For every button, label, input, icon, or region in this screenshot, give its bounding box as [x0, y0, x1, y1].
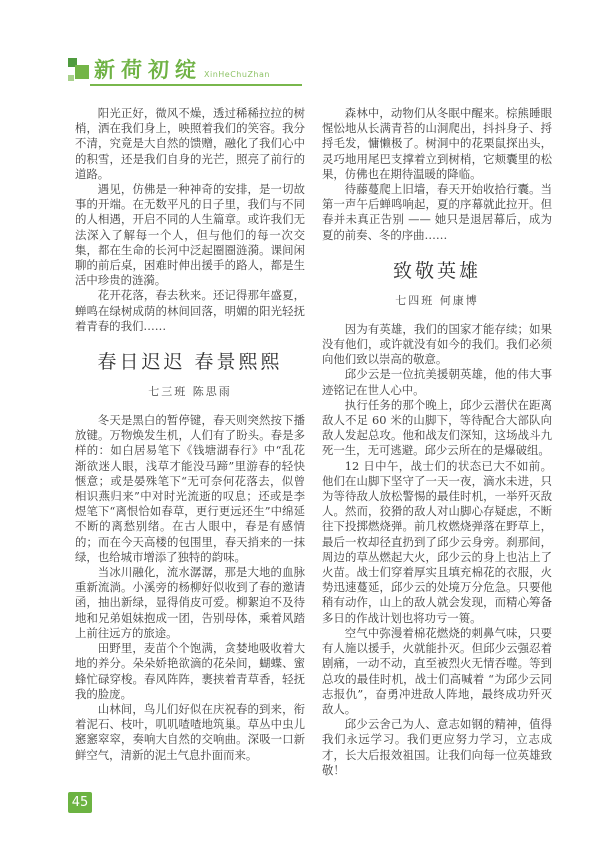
paragraph: 山林间，鸟儿们好似在庆祝春的到来，衔着泥石、枝叶，叽叽喳喳地筑巢。草丛中虫儿窸窸… — [75, 702, 305, 763]
column-right: 森林中，动物们从冬眠中醒来。棕熊睡眼惺忪地从长满青苔的山洞爬出，抖抖身子、捋捋毛… — [322, 106, 552, 778]
paragraph: 冬天是黑白的暂停键，春天则突然按下播放键。万物焕发生机，人们有了盼头。春是多样的… — [75, 413, 305, 565]
paragraph: 空气中弥漫着棉花燃烧的刺鼻气味，只要有人施以援手，火就能扑灭。但邱少云强忍着剧痛… — [322, 626, 552, 717]
paragraph: 花开花落，春去秋来。还记得那年盛夏，蝉鸣在绿树成荫的林间回落，明媚的阳光轻抚着青… — [75, 288, 305, 334]
paragraph: 森林中，动物们从冬眠中醒来。棕熊睡眼惺忪地从长满青苔的山洞爬出，抖抖身子、捋捋毛… — [322, 106, 552, 182]
content-columns: 阳光正好，微风不燥，透过稀稀拉拉的树梢，洒在我们身上，映照着我们的笑容。我分不清… — [75, 106, 552, 778]
brand-logo-icon — [68, 56, 90, 82]
article-title-hero: 致敬英雄 — [322, 258, 552, 284]
logo-square-main — [75, 65, 89, 79]
brand-lockup: 新荷初绽XinHeChuZhan — [94, 54, 270, 84]
paragraph: 当冰川融化，流水潺潺，那是大地的血脉重新流淌。小溪旁的杨柳好似收到了春的邀请函，… — [75, 565, 305, 641]
article-author-hero: 七四班 何康博 — [322, 293, 552, 308]
article-author-spring: 七三班 陈思雨 — [75, 384, 305, 399]
header-rule — [90, 84, 302, 86]
paragraph: 12 日中午，战士们的状态已大不如前。他们在山脚下坚守了一天一夜，滴水未进，只为… — [322, 459, 552, 626]
page-number-badge: 45 — [68, 792, 92, 813]
magazine-page: 新荷初绽XinHeChuZhan 阳光正好，微风不燥，透过稀稀拉拉的树梢，洒在我… — [0, 0, 600, 849]
article-title-spring: 春日迟迟 春景熙熙 — [75, 349, 305, 375]
paragraph: 待藤蔓爬上旧墙，春天开始收拾行囊。当第一声午后蝉鸣响起，夏的序幕就此拉开。但春并… — [322, 182, 552, 243]
paragraph: 田野里，麦苗个个饱满，贪婪地吸收着大地的养分。朵朵娇艳欲滴的花朵间，蝴蝶、蜜蜂忙… — [75, 641, 305, 702]
paragraph: 因为有英雄，我们的国家才能存续；如果没有他们，或许就没有如今的我们。我们必须向他… — [322, 322, 552, 368]
paragraph: 邱少云是一位抗美援朝英雄，他的伟大事迹铭记在世人心中。 — [322, 367, 552, 397]
paragraph: 执行任务的那个晚上，邱少云潜伏在距离敌人不足 60 米的山脚下，等待配合大部队向… — [322, 398, 552, 459]
paragraph: 邱少云舍己为人、意志如钢的精神，值得我们永远学习。我们更应努力学习，立志成才，长… — [322, 717, 552, 778]
brand-title: 新荷初绽 — [94, 57, 202, 82]
column-left: 阳光正好，微风不燥，透过稀稀拉拉的树梢，洒在我们身上，映照着我们的笑容。我分不清… — [75, 106, 305, 778]
paragraph: 遇见，仿佛是一种神奇的安排，是一切故事的开端。在无数平凡的日子里，我们与不同的人… — [75, 182, 305, 288]
paragraph: 阳光正好，微风不燥，透过稀稀拉拉的树梢，洒在我们身上，映照着我们的笑容。我分不清… — [75, 106, 305, 182]
brand-subtitle: XinHeChuZhan — [204, 70, 270, 79]
logo-square-light — [68, 75, 74, 81]
